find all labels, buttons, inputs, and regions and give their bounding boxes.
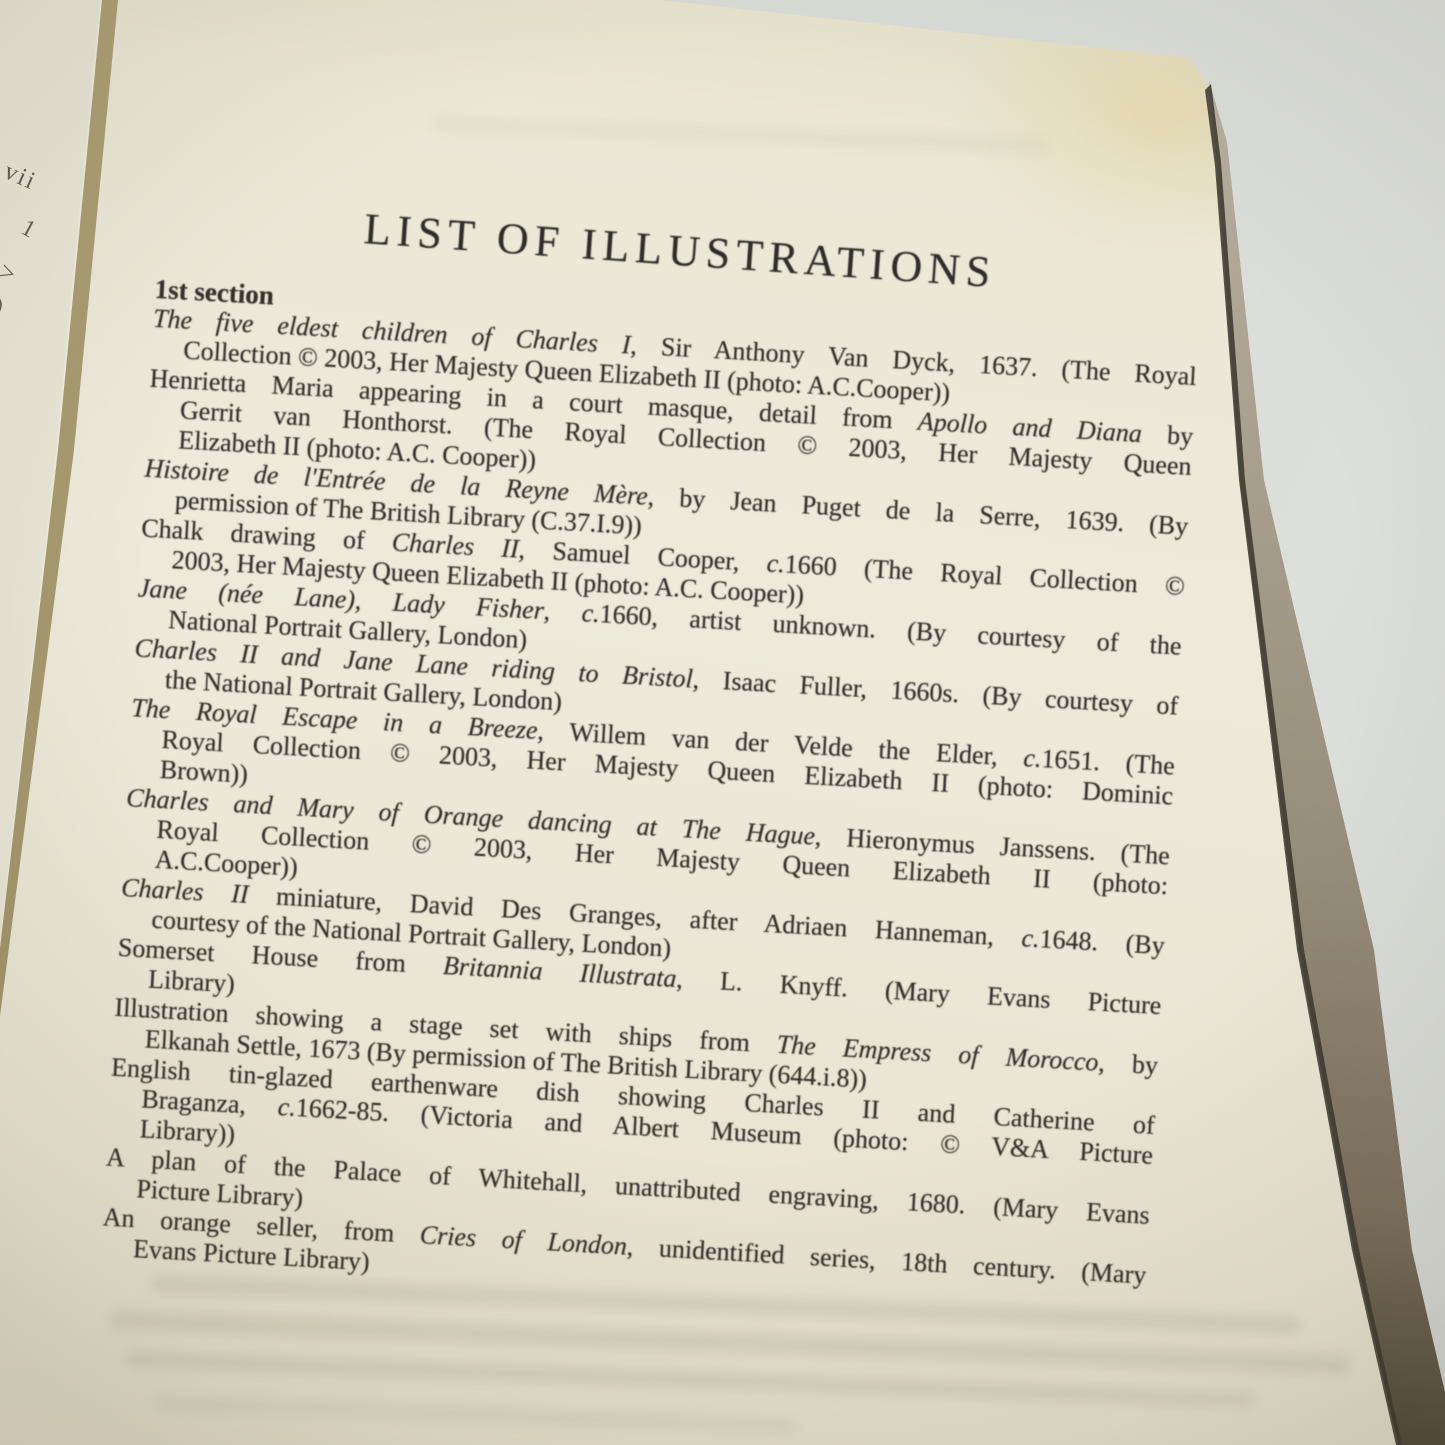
left-page-text-fragment: > <box>0 256 19 289</box>
left-page-text-fragment: ) <box>0 291 7 322</box>
page-text-block: LIST OF ILLUSTRATIONS 1st section The fi… <box>100 196 1203 1321</box>
left-page-number: vii <box>0 158 41 197</box>
illustration-list: The five eldest children of Charles I, S… <box>100 304 1197 1321</box>
left-page-text-fragment: 1 <box>16 215 39 244</box>
show-through-smudge <box>155 1396 795 1432</box>
book-photo-scene: vii 1 > ) LIST OF ILLUSTRATIONS 1st sect… <box>0 0 1445 1445</box>
show-through-smudge <box>430 117 1050 154</box>
